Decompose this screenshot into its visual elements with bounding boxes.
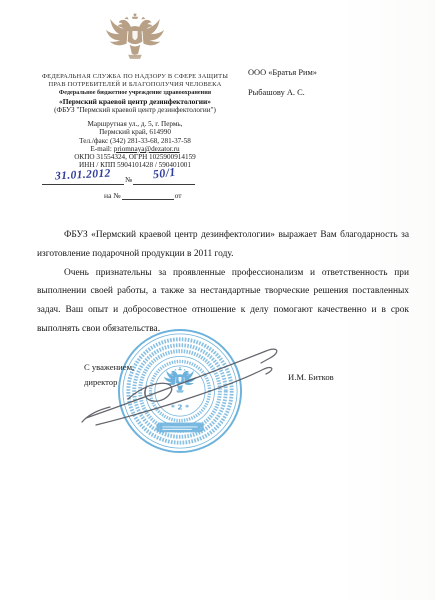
handwritten-number: 50/1: [152, 165, 177, 183]
org-type: Федеральное бюджетное учреждение здравоо…: [18, 89, 252, 97]
okpo-ogrn: ОКПО 31554324, ОГРН 1025900914159: [18, 153, 252, 161]
reply-prefix: на №: [104, 191, 121, 200]
address-line1: Маршрутная ул., д. 5, г. Пермь,: [18, 120, 252, 128]
letter-page: ФЕДЕРАЛЬНАЯ СЛУЖБА ПО НАДЗОРУ В СФЕРЕ ЗА…: [0, 0, 435, 600]
email-address: priomnaya@dezator.ru: [114, 145, 180, 153]
agency-name-line2: ПРАВ ПОТРЕБИТЕЛЕЙ И БЛАГОПОЛУЧИЯ ЧЕЛОВЕК…: [18, 81, 252, 89]
org-abbreviation: (ФБУЗ "Пермский краевой центр дезинфекто…: [18, 106, 252, 115]
outgoing-reference-line: 31.01.2012 № 50/1: [42, 163, 195, 185]
email-label: E-mail:: [90, 145, 112, 153]
letter-body: ФБУЗ «Пермский краевой центр дезинфектол…: [37, 226, 409, 339]
reply-reference-line: на № от: [104, 190, 182, 200]
double-headed-eagle-emblem: [103, 12, 167, 70]
email-line: E-mail: priomnaya@dezator.ru: [18, 145, 252, 153]
number-blank: 50/1: [133, 165, 195, 185]
address-line2: Пермский край, 614990: [18, 128, 252, 136]
recipient-person: Рыбашову А. С.: [248, 83, 317, 103]
agency-name-line1: ФЕДЕРАЛЬНАЯ СЛУЖБА ПО НАДЗОРУ В СФЕРЕ ЗА…: [18, 73, 252, 81]
recipient-company: ООО «Братья Рим»: [248, 63, 317, 83]
number-sign: №: [124, 175, 133, 185]
reply-blank-line: [122, 190, 174, 200]
handwritten-signature: [70, 336, 315, 432]
reply-suffix: от: [175, 191, 182, 200]
letterhead: ФЕДЕРАЛЬНАЯ СЛУЖБА ПО НАДЗОРУ В СФЕРЕ ЗА…: [18, 12, 252, 169]
date-blank: 31.01.2012: [42, 165, 124, 185]
handwritten-date: 31.01.2012: [55, 168, 111, 183]
org-name: «Пермский краевой центр дезинфектологии»: [18, 97, 252, 106]
recipient-block: ООО «Братья Рим» Рыбашову А. С.: [248, 63, 317, 103]
body-paragraph-1: ФБУЗ «Пермский краевой центр дезинфектол…: [37, 226, 409, 264]
phone-fax: Тел./факс (342) 281-33-68, 281-37-58: [18, 137, 252, 145]
